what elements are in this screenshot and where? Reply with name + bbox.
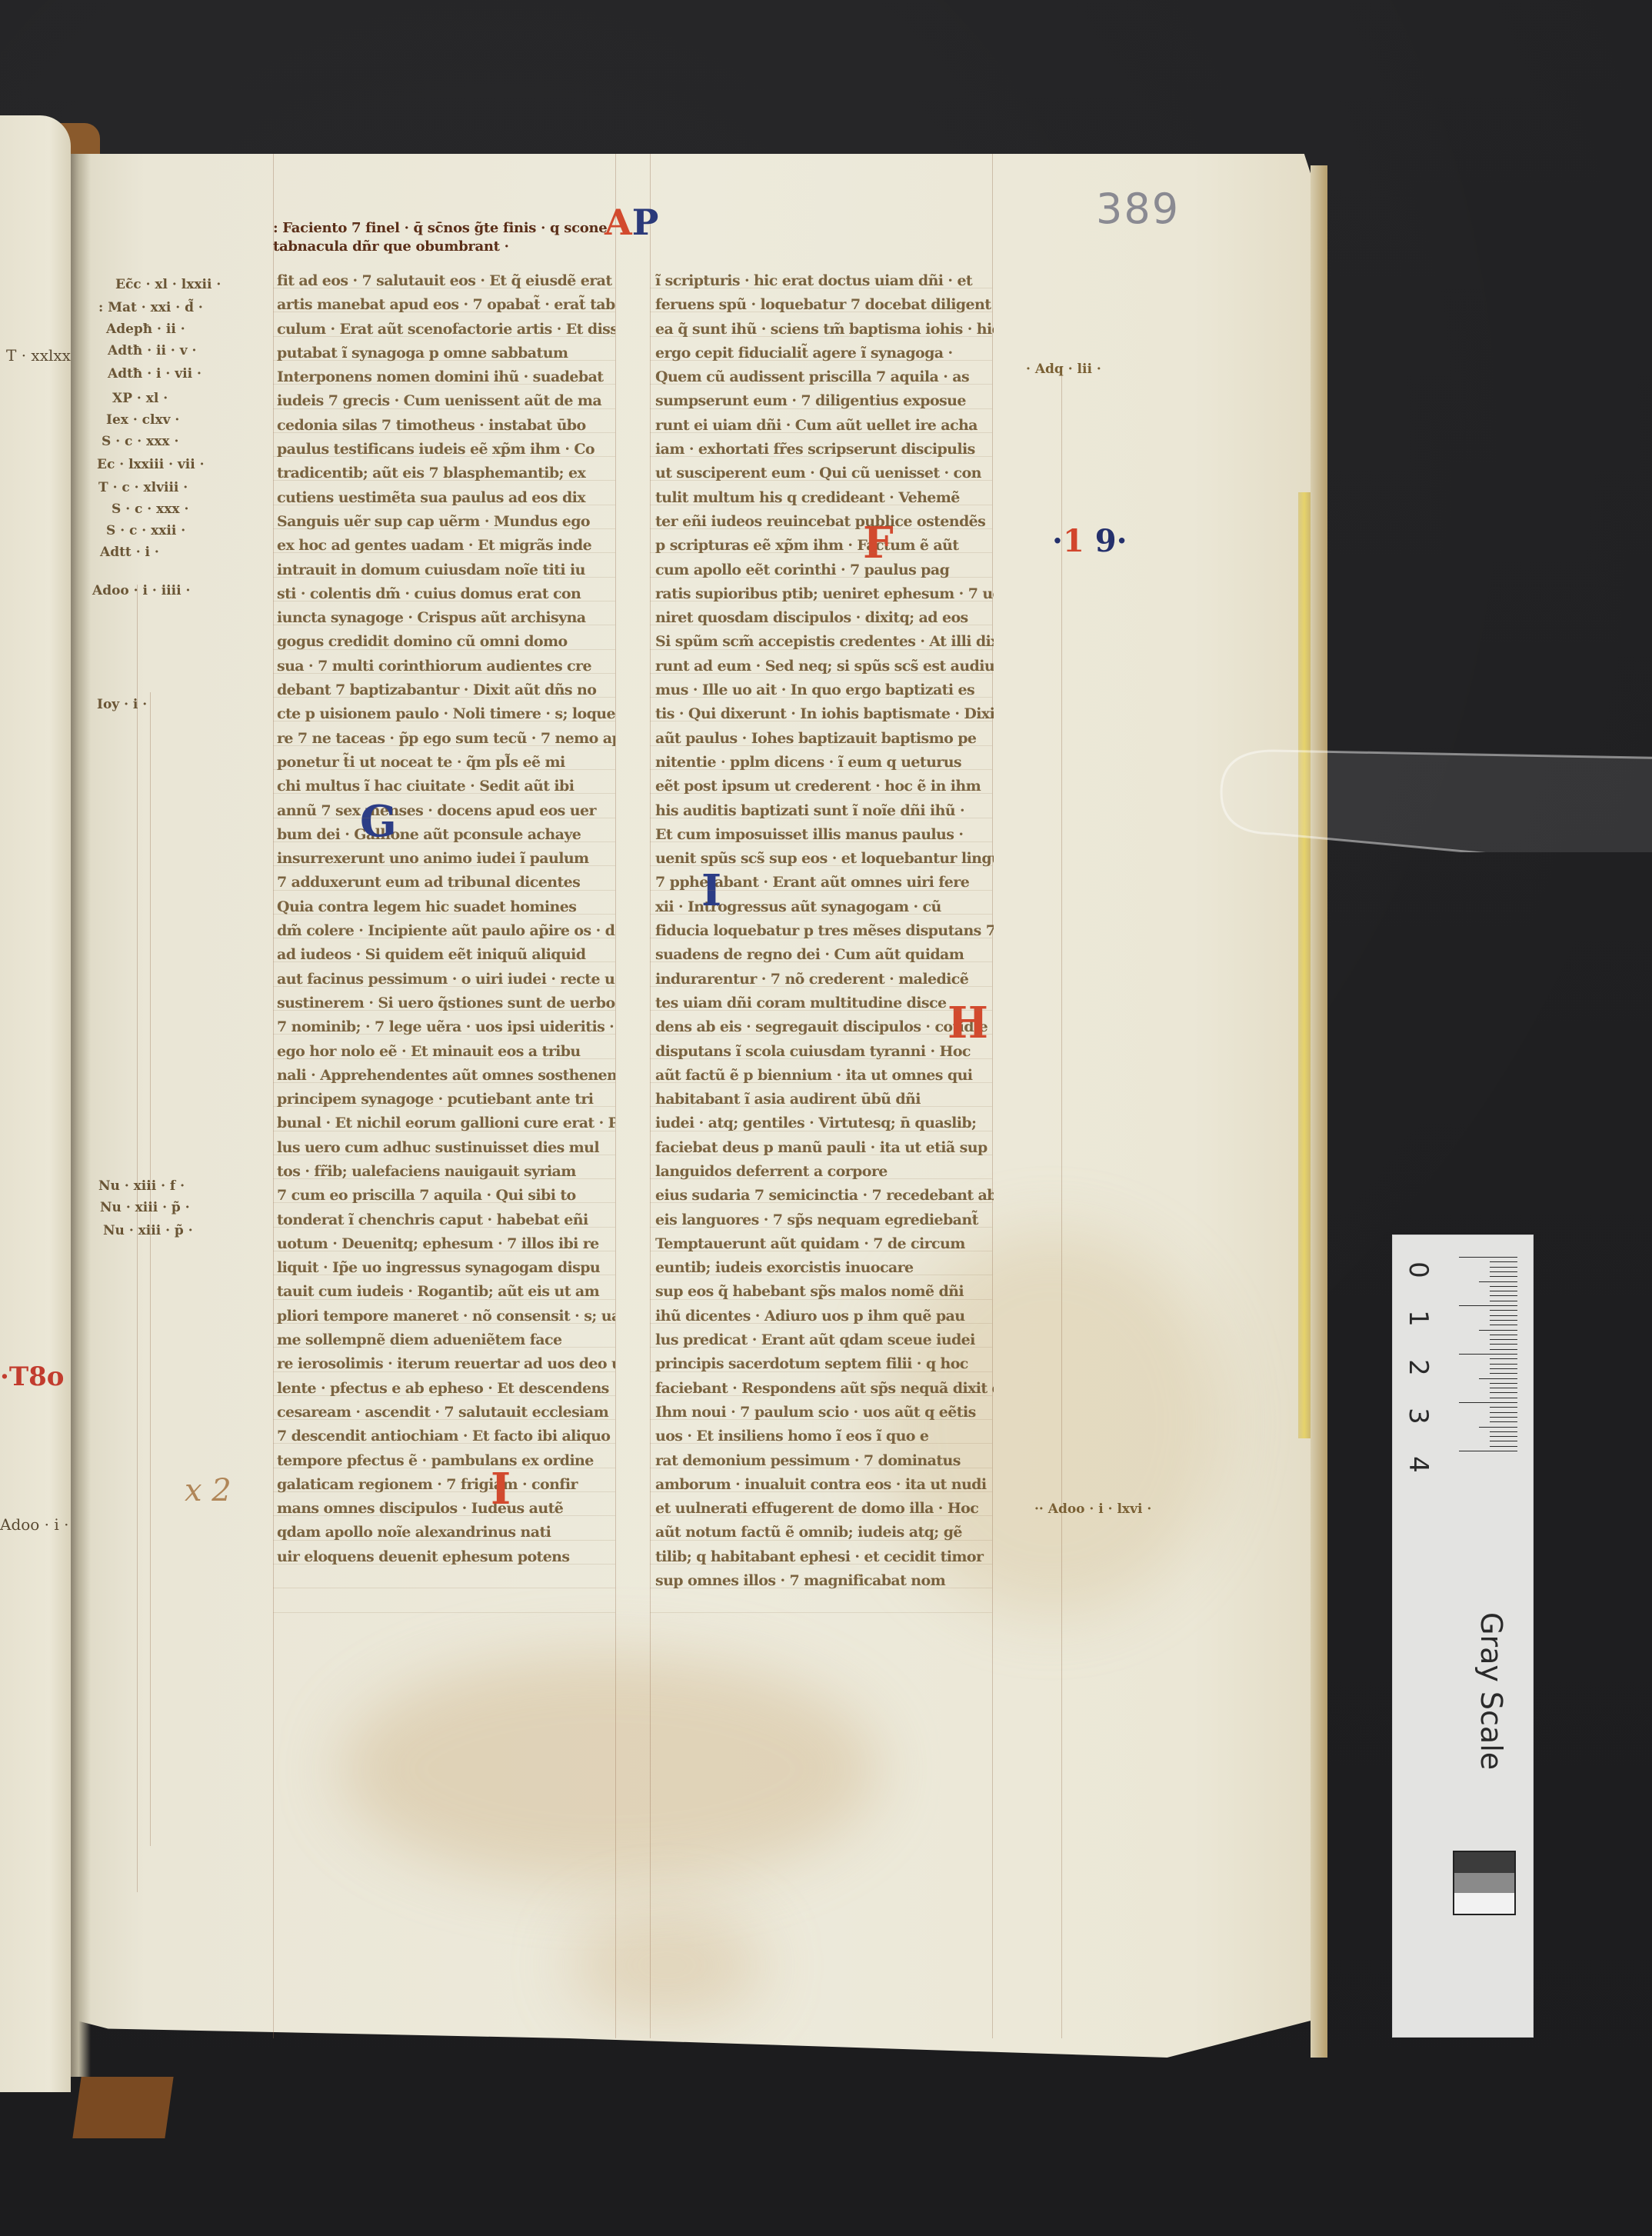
- ruling-line: [273, 552, 615, 553]
- text-line: iudei · atq; gentiles · Virtutesq; n̄ qu…: [655, 1111, 994, 1135]
- ruler-tick: [1490, 1446, 1517, 1447]
- ruling-line: [650, 1419, 992, 1420]
- ruling-line: [273, 528, 615, 529]
- ruling-line: [650, 1468, 992, 1468]
- text-line: his auditis baptizati sunt ĩ noĩe dñi ih…: [655, 799, 994, 823]
- left-page-chapter-fragment: ·T8o: [0, 1361, 64, 1392]
- gray-scale-swatches: [1453, 1851, 1516, 1915]
- chapter-digit-red: 1: [1063, 523, 1084, 559]
- text-line: indurarentur · 7 nõ crederent · maledicẽ: [655, 968, 994, 991]
- ruling-line: [273, 336, 615, 337]
- ruling-line: [650, 1202, 992, 1203]
- ruler-tick: [1490, 1368, 1517, 1369]
- ruling-line: [650, 986, 992, 987]
- ruling-line: [650, 1395, 992, 1396]
- ruling-line: [650, 1178, 992, 1179]
- text-line: uos · Et insiliens homo ĩ eos ĩ quo e: [655, 1425, 994, 1448]
- ruling-line: [273, 577, 615, 578]
- text-line: habitabant ĩ asia audirent ūbũ dñi: [655, 1088, 994, 1111]
- ruling-line: [273, 673, 615, 674]
- ruler-tick: [1490, 1441, 1517, 1441]
- text-line: principis sacerdotum septem filii · q ho…: [655, 1352, 994, 1376]
- ruler-tick: [1490, 1301, 1517, 1301]
- text-line: lus uero cum adhuc sustinuisset dies mul: [277, 1136, 615, 1160]
- ruling-line: [273, 1251, 615, 1251]
- text-line: artis manebat apud eos · 7 opabat̃ · era…: [277, 293, 615, 317]
- margin-reference: Nu · xiii · p̃ ·: [100, 1200, 190, 1215]
- text-line: sup omnes illos · 7 magnificabat nom: [655, 1569, 994, 1593]
- text-line: languidos deferrent a corpore: [655, 1160, 994, 1184]
- margin-reference: Nu · xiii · f ·: [98, 1178, 185, 1194]
- text-line: sup eos q̃ habebant sp̃s malos nomẽ dñi: [655, 1280, 994, 1304]
- ruling-line: [650, 1323, 992, 1324]
- ruling-line: [650, 1443, 992, 1444]
- ruling-line: [273, 697, 615, 698]
- ruling-line: [273, 1371, 615, 1372]
- ruling-line: [650, 528, 992, 529]
- text-line: uir eloquens deuenit ephesum potens: [277, 1545, 615, 1569]
- ruling-line: [273, 1058, 615, 1059]
- text-line: ponetur t̃i ut noceat te · q̃m pl̃s eẽ m…: [277, 751, 615, 775]
- ruling-line: [650, 890, 992, 891]
- text-line: bunal · Et nichil eorum gallioni cure er…: [277, 1111, 615, 1135]
- ruling-line: [273, 1010, 615, 1011]
- ruler-tick: [1490, 1388, 1517, 1388]
- ruling-line: [273, 1034, 615, 1035]
- margin-reference: Adoo · i · iiii ·: [92, 583, 190, 598]
- text-line: ut susciperent eum · Qui cũ uenisset · c…: [655, 462, 994, 485]
- ruling-line: [273, 480, 615, 481]
- ruling-line: [273, 1612, 615, 1613]
- right-margin-reference: ·· Adoo · i · lxvi ·: [1034, 1501, 1151, 1517]
- ruler-label: 0: [1403, 1261, 1434, 1278]
- text-line: fit ad eos · 7 salutauit eos · Et q̃ eiu…: [277, 269, 615, 293]
- text-line: 7 cum eo priscilla 7 aquila · Qui sibi t…: [277, 1184, 615, 1208]
- text-line: 7 nominib; · 7 lege uẽra · uos ipsi uide…: [277, 1015, 615, 1039]
- folio-number: 389: [1096, 185, 1180, 233]
- decorated-initial: I: [491, 1468, 511, 1511]
- ruler-tick: [1479, 1281, 1517, 1282]
- text-line: eis languores · 7 sp̃s nequam egredieban…: [655, 1208, 994, 1232]
- margin-reference: T · c · xlviii ·: [98, 480, 188, 495]
- ruling-line: [273, 1347, 615, 1348]
- text-line: 7 descendit antiochiam · Et facto ibi al…: [277, 1425, 615, 1448]
- ruling-line: [273, 769, 615, 770]
- text-line: tauit cum iudeis · Rogantib; aũt eis ut …: [277, 1280, 615, 1304]
- ruler-tick: [1490, 1310, 1517, 1311]
- text-column-left: fit ad eos · 7 salutauit eos · Et q̃ eiu…: [277, 269, 615, 1569]
- ruling-line: [273, 818, 615, 818]
- ruler-tick: [1490, 1344, 1517, 1345]
- text-line: rat demonium pessimum · 7 dominatus: [655, 1449, 994, 1473]
- ruling-line: [650, 1564, 992, 1565]
- text-line: cte p uisionem paulo · Noli timere · s; …: [277, 702, 615, 726]
- text-line: feruens spũ · loquebatur 7 docebat dilig…: [655, 293, 994, 317]
- margin-reference: S · c · xxii ·: [106, 523, 185, 538]
- text-line: ex hoc ad gentes uadam · Et migrãs inde: [277, 534, 615, 558]
- text-line: cum apollo eẽt corinthi · 7 paulus pag: [655, 558, 994, 582]
- gray-swatch-dark: [1454, 1852, 1514, 1873]
- ruler-tick: [1459, 1305, 1517, 1306]
- text-line: sti · colentis dm̃ · cuius domus erat co…: [277, 582, 615, 606]
- text-line: paulus testificans iudeis eẽ xp̃m ihm · …: [277, 438, 615, 462]
- ruling-line: [650, 1515, 992, 1516]
- text-line: aũt paulus · Iohes baptizauit baptismo p…: [655, 727, 994, 751]
- text-line: ihũ dicentes · Adiuro uos p ihm quẽ pau: [655, 1305, 994, 1328]
- ruling-line: [273, 865, 615, 866]
- ruling-line: [650, 408, 992, 409]
- text-line: faciebat deus p manũ pauli · ita ut etiã…: [655, 1136, 994, 1160]
- text-line: iam · exhortati fr̃es scripserunt discip…: [655, 438, 994, 462]
- text-line: mans omnes discipulos · Iudeus autẽ: [277, 1497, 615, 1521]
- ruler-tick: [1479, 1378, 1517, 1379]
- ruling-line: [650, 505, 992, 505]
- text-line: sumpserunt eum · 7 diligentius exposue: [655, 389, 994, 413]
- ruling-line: [650, 1131, 992, 1131]
- ruling-line: [273, 360, 615, 361]
- running-title: AP: [605, 202, 658, 243]
- ruler-tick: [1479, 1330, 1517, 1331]
- ruling-line: [273, 938, 615, 938]
- ruler-tick: [1490, 1291, 1517, 1291]
- ruling-line: [273, 456, 615, 457]
- text-line: putabat ĩ synagoga p omne sabbatum: [277, 342, 615, 365]
- ruling-line: [650, 938, 992, 938]
- left-page-fragment: T · xxlxx: [6, 346, 71, 365]
- gray-scale-ruler: 0 1 2 3 4 Gray Scale: [1392, 1235, 1534, 2038]
- ruler-tick: [1490, 1267, 1517, 1268]
- text-line: qdam apollo noĩe alexandrinus nati: [277, 1521, 615, 1545]
- ruling-line: [650, 793, 992, 794]
- margin-reference: S · c · xxx ·: [102, 434, 178, 449]
- text-line: cutiens uestimẽta sua paulus ad eos dix: [277, 486, 615, 510]
- text-line: gogus credidit domino cũ omni domo: [277, 630, 615, 654]
- ruling-line: [650, 673, 992, 674]
- ruling-line: [273, 384, 615, 385]
- running-title-blue: P: [632, 202, 659, 243]
- ruling-line: [273, 1155, 615, 1155]
- ruling-line: [650, 625, 992, 625]
- ruling-line: [650, 1251, 992, 1251]
- chapter-digit-blue: 9: [1095, 523, 1117, 559]
- ruler-tick: [1459, 1402, 1517, 1403]
- text-line: tes uiam dñi coram multitudine disce: [655, 991, 994, 1015]
- ruling-line: [650, 745, 992, 746]
- ruler-tick: [1490, 1349, 1517, 1350]
- text-line: nali · Apprehendentes aũt omnes sosthene…: [277, 1064, 615, 1088]
- ruling-line: [273, 1299, 615, 1300]
- ruling-line: [273, 154, 274, 2038]
- ruler-tick: [1490, 1276, 1517, 1277]
- ruling-line: [650, 1540, 992, 1541]
- margin-reference: Adtħ · ii · v ·: [108, 343, 196, 358]
- text-line: tempore pfectus ẽ · pambulans ex ordine: [277, 1449, 615, 1473]
- ruling-line: [650, 769, 992, 770]
- ruler-label: 4: [1403, 1456, 1434, 1473]
- text-line: cedonia silas 7 timotheus · instabat ūbo: [277, 414, 615, 438]
- text-line: galaticam regionem · 7 frigiam · confir: [277, 1473, 615, 1497]
- ruling-line: [273, 432, 615, 433]
- text-line: et uulnerati effugerent de domo illa · H…: [655, 1497, 994, 1521]
- water-stain: [571, 1908, 763, 2023]
- ruler-tick: [1490, 1364, 1517, 1365]
- right-margin-reference: · Adq · lii ·: [1026, 362, 1101, 377]
- ruling-line: [650, 154, 651, 2038]
- text-line: tis · Qui dixerunt · In iohis baptismate…: [655, 702, 994, 726]
- ruling-line: [273, 841, 615, 842]
- left-facing-page: T · xxlxx ·T8o Adoo · i · ute: [0, 115, 71, 2092]
- text-line: Ihm noui · 7 paulum scio · uos aũt q eẽt…: [655, 1401, 994, 1425]
- ruling-line: [273, 288, 615, 288]
- ruler-tick: [1490, 1271, 1517, 1272]
- text-line: lente · pfectus e ab epheso · Et descend…: [277, 1377, 615, 1401]
- text-line: culum · Erat aũt scenofactorie artis · E…: [277, 318, 615, 342]
- text-line: euntib; iudeis exorcistis inuocare: [655, 1256, 994, 1280]
- ruling-line: [273, 1178, 615, 1179]
- text-line: Quia contra legem hic suadet homines: [277, 895, 615, 919]
- text-line: chi multus ĩ hac ciuitate · Sedit aũt ib…: [277, 775, 615, 798]
- text-line: cesaream · ascendit · 7 salutauit eccles…: [277, 1401, 615, 1425]
- text-line: principem synagoge · pcutiebant ante tri: [277, 1088, 615, 1111]
- ruling-line: [650, 721, 992, 721]
- text-line: ea q̃ sunt ihũ · sciens tm̃ baptisma ioh…: [655, 318, 994, 342]
- text-line: runt ei uiam dñi · Cum aũt uellet ire ac…: [655, 414, 994, 438]
- ruler-tick: [1490, 1421, 1517, 1422]
- chapter-dot: ·: [1117, 523, 1127, 559]
- ruling-line: [273, 1131, 615, 1131]
- text-line: ter eñi iudeos reuincebat publice ostend…: [655, 510, 994, 534]
- ruling-line: [273, 1515, 615, 1516]
- gutter-shadow: [71, 154, 91, 2077]
- text-line: liquit · Ip̃e uo ingressus synagogam dis…: [277, 1256, 615, 1280]
- ruling-line: [273, 1419, 615, 1420]
- ruling-line: [273, 1443, 615, 1444]
- ruler-tick: [1490, 1398, 1517, 1398]
- ruling-line: [137, 585, 138, 1892]
- ruling-line: [650, 1299, 992, 1300]
- ruling-line: [273, 1588, 615, 1588]
- ruler-tick: [1490, 1383, 1517, 1384]
- ruling-line: [650, 1010, 992, 1011]
- ruling-line: [650, 697, 992, 698]
- water-stain: [340, 1654, 878, 1884]
- ruling-line: [615, 154, 616, 2038]
- ruling-line: [273, 1227, 615, 1228]
- ruling-line: [650, 1227, 992, 1228]
- text-line: tilib; q habitabant ephesi · et cecidit …: [655, 1545, 994, 1569]
- text-line: iuncta synagoge · Crispus aũt archisyna: [277, 606, 615, 630]
- ruling-line: [273, 721, 615, 721]
- ruling-line: [650, 1491, 992, 1492]
- text-line: Sanguis uẽr sup cap uẽrm · Mundus ego: [277, 510, 615, 534]
- ruling-line: [650, 312, 992, 312]
- ruling-line: [273, 890, 615, 891]
- ruling-line: [650, 336, 992, 337]
- text-line: lus predicat · Erant aũt qdam sceue iude…: [655, 1328, 994, 1352]
- ruling-line: [273, 914, 615, 915]
- ruling-line: [650, 1106, 992, 1107]
- margin-reference: Ec̃c · xl · lxxii ·: [115, 277, 221, 292]
- text-line: disputans ĩ scola cuiusdam tyranni · Hoc: [655, 1040, 994, 1064]
- plastic-page-clip: [1220, 737, 1652, 852]
- margin-reference: Adtħ · i · vii ·: [108, 366, 202, 382]
- ruling-line: [650, 961, 992, 962]
- ruling-line: [273, 1323, 615, 1324]
- text-line: dm̃ colere · Incipiente aũt paulo ap̃ire…: [277, 919, 615, 943]
- ruler-label: 3: [1403, 1408, 1434, 1425]
- ruler-tick: [1490, 1417, 1517, 1418]
- ruler-tick: [1490, 1358, 1517, 1359]
- ruling-line: [650, 577, 992, 578]
- text-line: sua · 7 multi corinthiorum audientes cre: [277, 655, 615, 678]
- margin-reference: Ioy · i ·: [97, 697, 147, 712]
- ruler-tick: [1459, 1451, 1517, 1451]
- ruling-line: [273, 601, 615, 601]
- ruling-line: [650, 818, 992, 818]
- text-line: fiducia loquebatur p tres mẽses disputan…: [655, 919, 994, 943]
- text-line: iudeis 7 grecis · Cum uenissent aũt de m…: [277, 389, 615, 413]
- text-line: eẽt post ipsum ut crederent · hoc ẽ in i…: [655, 775, 994, 798]
- text-line: amborum · inualuit contra eos · ita ut n…: [655, 1473, 994, 1497]
- margin-reference: Iex · clxv ·: [106, 412, 179, 428]
- text-line: tradicentib; aũt eis 7 blasphemantib; ex: [277, 462, 615, 485]
- ruling-line: [650, 1058, 992, 1059]
- text-line: nitentie · pplm dicens · ĩ eum q ueturus: [655, 751, 994, 775]
- ruler-label: 1: [1403, 1310, 1434, 1327]
- ruling-line: [650, 841, 992, 842]
- ruler-tick: [1490, 1431, 1517, 1432]
- ruling-line: [1061, 369, 1062, 2038]
- ruling-line: [273, 1540, 615, 1541]
- text-line: sustinerem · Si uero q̃stiones sunt de u…: [277, 991, 615, 1015]
- text-line: ratis supioribus ptib; ueniret ephesum ·…: [655, 582, 994, 606]
- ruling-line: [650, 1371, 992, 1372]
- ruler-tick: [1490, 1339, 1517, 1340]
- text-line: Temptauerunt aũt quidam · 7 de circum: [655, 1232, 994, 1256]
- ruling-line: [650, 384, 992, 385]
- ruling-line: [273, 745, 615, 746]
- text-line: Interponens nomen domini ihũ · suadebat: [277, 365, 615, 389]
- ruling-line: [650, 601, 992, 601]
- text-line: dens ab eis · segregauit discipulos · co…: [655, 1015, 994, 1039]
- decorated-initial: H: [948, 1001, 988, 1045]
- text-line: re ierosolimis · iterum reuertar ad uos …: [277, 1352, 615, 1376]
- ruler-tick: [1479, 1427, 1517, 1428]
- text-line: niret quosdam discipulos · dixitq; ad eo…: [655, 606, 994, 630]
- ruler-tick: [1490, 1320, 1517, 1321]
- ruler-tick: [1490, 1436, 1517, 1437]
- gray-swatch-light: [1454, 1893, 1514, 1914]
- ruling-line: [650, 914, 992, 915]
- text-line: tos · fr̃ib; ualefaciens nauigauit syria…: [277, 1160, 615, 1184]
- ruling-line: [273, 312, 615, 312]
- ruler-tick: [1459, 1354, 1517, 1355]
- left-page-fragment: Adoo · i · ute: [0, 1515, 71, 1534]
- ruler-tick: [1490, 1325, 1517, 1325]
- text-line: faciebant · Respondens aũt sp̃s nequã di…: [655, 1377, 994, 1401]
- margin-reference: Adepħ · ii ·: [106, 322, 185, 337]
- margin-reference: : Mat · xxi · d̃ ·: [98, 300, 203, 315]
- decorated-initial: G: [360, 800, 397, 843]
- ruling-line: [650, 432, 992, 433]
- text-line: uotum · Deuenitq; ephesum · 7 illos ibi …: [277, 1232, 615, 1256]
- decorated-initial: I: [701, 869, 721, 912]
- ruling-line: [273, 649, 615, 650]
- ruling-line: [650, 288, 992, 288]
- text-line: me sollempnẽ diem adueniẽtem face: [277, 1328, 615, 1352]
- gloss-line: : Faciento 7 finel · q̄ sc̄nos g̃te fini…: [273, 219, 607, 238]
- ruling-line: [650, 1612, 992, 1613]
- ruling-line: [650, 360, 992, 361]
- ruling-line: [273, 793, 615, 794]
- text-line: bum dei · Gallione aũt pconsule achaye: [277, 823, 615, 847]
- ruling-line: [650, 1082, 992, 1083]
- ruling-line: [650, 865, 992, 866]
- text-line: pliori tempore maneret · nõ consensit · …: [277, 1305, 615, 1328]
- page-edges: [1311, 165, 1327, 2058]
- ruling-line: [650, 480, 992, 481]
- text-line: Quem cũ audissent priscilla 7 aquila · a…: [655, 365, 994, 389]
- chapter-dot: ·: [1052, 523, 1063, 559]
- ruler-tick: [1490, 1412, 1517, 1413]
- ruling-line: [650, 456, 992, 457]
- margin-reference: Adtt · i ·: [100, 545, 159, 560]
- text-line: aũt factũ ẽ p biennium · ita ut omnes qu…: [655, 1064, 994, 1088]
- ruling-line: [650, 1155, 992, 1155]
- text-line: 7 adduxerunt eum ad tribunal dicentes: [277, 871, 615, 895]
- ruling-line: [273, 505, 615, 505]
- binding-leather-bottom: [72, 2077, 173, 2138]
- text-line: suadens de regno dei · Cum aũt quidam: [655, 943, 994, 967]
- ruling-line: [273, 625, 615, 625]
- ruling-line: [273, 1564, 615, 1565]
- ruling-line: [650, 1588, 992, 1588]
- margin-reference: Nu · xiii · p̃ ·: [103, 1223, 193, 1238]
- ruler-tick: [1490, 1335, 1517, 1335]
- text-line: tulit multum his q credideant · Vehemẽ: [655, 486, 994, 510]
- yellow-page-edge: [1298, 492, 1311, 1438]
- margin-reference: Ec · lxxiii · vii ·: [97, 457, 205, 472]
- margin-reference: S · c · xxx ·: [112, 502, 188, 517]
- ruling-line: [650, 552, 992, 553]
- text-line: ergo cepit fiducialit̃ agere ĩ synagoga …: [655, 342, 994, 365]
- running-title-red: A: [605, 202, 632, 243]
- pencil-annotation: x 2: [185, 1473, 231, 1508]
- ruling-line: [273, 1082, 615, 1083]
- margin-reference: XP · xl ·: [112, 391, 168, 406]
- ruler-tick: [1490, 1392, 1517, 1393]
- text-line: annũ 7 sex menses · docens apud eos uer: [277, 799, 615, 823]
- ruler-tick: [1490, 1373, 1517, 1374]
- text-line: ego hor nolo eẽ · Et minauit eos a tribu: [277, 1040, 615, 1064]
- text-line: ad iudeos · Si quidem eẽt iniquũ aliquid: [277, 943, 615, 967]
- text-line: ĩ scripturis · hic erat doctus uiam dñi …: [655, 269, 994, 293]
- text-line: tonderat ĩ chenchris caput · habebat eñi: [277, 1208, 615, 1232]
- ruling-line: [273, 408, 615, 409]
- ruling-line: [273, 1395, 615, 1396]
- ruler-tick: [1490, 1286, 1517, 1287]
- text-line: eius sudaria 7 semicinctia · 7 recedeban…: [655, 1184, 994, 1208]
- text-line: insurrexerunt uno animo iudei ĩ paulum: [277, 847, 615, 871]
- ruling-line: [650, 649, 992, 650]
- ruling-line: [273, 1275, 615, 1275]
- gloss-line: tabnacula dñr que obumbrant ·: [273, 238, 607, 256]
- ruling-line: [273, 1468, 615, 1468]
- ruling-line: [273, 986, 615, 987]
- text-line: aũt notum factũ ẽ omnib; iudeis atq; gẽ: [655, 1521, 994, 1545]
- ruling-line: [273, 1106, 615, 1107]
- ruler-tick: [1490, 1407, 1517, 1408]
